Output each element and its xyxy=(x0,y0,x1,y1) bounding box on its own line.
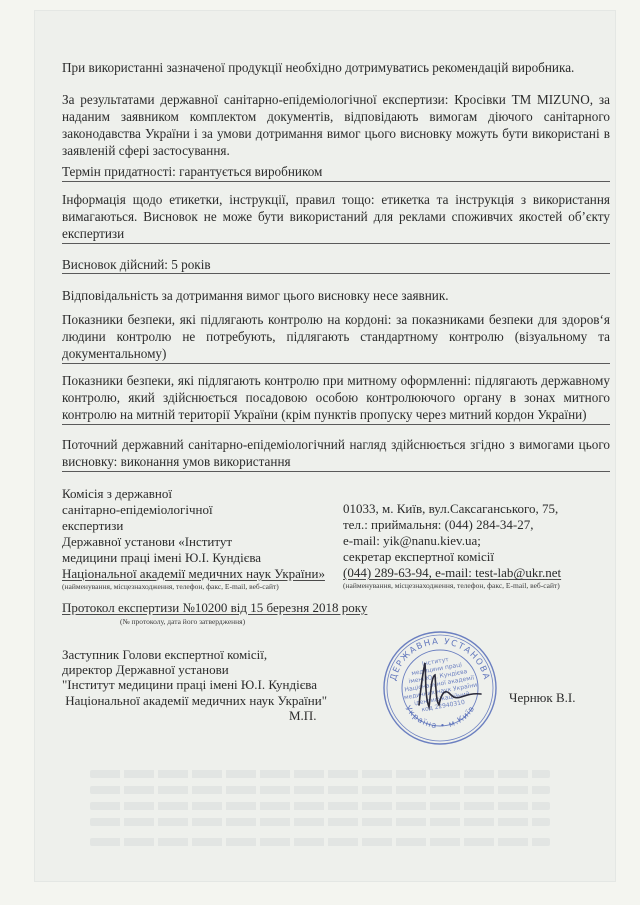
official-stamp: ДЕРЖАВНА УСТАНОВА Україна • м.Київ Інсти… xyxy=(381,627,499,749)
bleed-through-text xyxy=(90,838,550,846)
address-line: 01033, м. Київ, вул.Саксаганського, 75, xyxy=(343,501,623,517)
signer-name: Чернюк В.І. xyxy=(509,690,575,706)
commission-line: санітарно-епідеміологічної xyxy=(62,502,352,518)
commission-line: Комісія з державної xyxy=(62,486,352,502)
signer-title-line: директор Державної установи xyxy=(62,662,362,677)
email-line: e-mail: yik@nanu.kiev.ua; xyxy=(343,533,623,549)
commission-line: Державної установи «Інститут xyxy=(62,534,352,550)
signer-title-line: "Інститут медицини праці імені Ю.І. Кунд… xyxy=(62,677,362,692)
commission-line: експертизи xyxy=(62,518,352,534)
commission-academy-line: Національної академії медичних наук Укра… xyxy=(62,566,352,582)
section-divider xyxy=(62,471,610,472)
commission-block: Комісія з державної санітарно-епідеміоло… xyxy=(62,486,352,591)
customs-control-paragraph: Показники безпеки, які підлягають контро… xyxy=(62,372,610,423)
recommendation-paragraph: При використанні зазначеної продукції не… xyxy=(62,59,610,76)
signer-title-line: Заступник Голови експертної комісії, xyxy=(62,647,362,662)
bleed-through-text xyxy=(90,818,550,826)
responsibility-paragraph: Відповідальність за дотримання вимог цьо… xyxy=(62,287,610,304)
supervision-paragraph: Поточний державний санітарно-епідеміолог… xyxy=(62,436,610,470)
contacts-caption: (найменування, місцезнаходження, телефон… xyxy=(343,581,623,590)
secretary-line: секретар експертної комісії xyxy=(343,549,623,565)
phone-line: тел.: приймальня: (044) 284-34-27, xyxy=(343,517,623,533)
section-divider xyxy=(62,424,610,425)
commission-caption: (найменування, місцезнаходження, телефон… xyxy=(62,582,352,591)
section-divider xyxy=(62,363,610,364)
border-control-paragraph: Показники безпеки, які підлягають контро… xyxy=(62,311,610,362)
seal-mark: М.П. xyxy=(62,708,362,723)
bleed-through-text xyxy=(90,802,550,810)
stamp-seal-icon: ДЕРЖАВНА УСТАНОВА Україна • м.Київ Інсти… xyxy=(381,627,499,749)
signer-block: Заступник Голови експертної комісії, дир… xyxy=(62,647,362,723)
contacts-block: 01033, м. Київ, вул.Саксаганського, 75, … xyxy=(343,501,623,590)
section-divider xyxy=(62,243,610,244)
section-divider xyxy=(62,273,610,274)
expertise-results-paragraph: За результатами державної санітарно-епід… xyxy=(62,91,610,159)
label-info-paragraph: Інформація щодо етикетки, інструкції, пр… xyxy=(62,191,610,242)
validity-paragraph: Висновок дійсний: 5 років xyxy=(62,256,610,273)
bleed-through-text xyxy=(90,786,550,794)
shelf-life-paragraph: Термін придатності: гарантується виробни… xyxy=(62,163,610,180)
bleed-through-text xyxy=(90,770,550,778)
section-divider xyxy=(62,181,610,182)
secretary-contacts-line: (044) 289-63-94, e-mail: test-lab@ukr.ne… xyxy=(343,565,623,581)
signer-title-line: Національної академії медичних наук Укра… xyxy=(62,693,362,708)
protocol-caption: (№ протоколу, дата його затвердження) xyxy=(120,617,245,626)
protocol-line: Протокол експертизи №10200 від 15 березн… xyxy=(62,600,367,616)
commission-line: медицини праці імені Ю.І. Кундієва xyxy=(62,550,352,566)
